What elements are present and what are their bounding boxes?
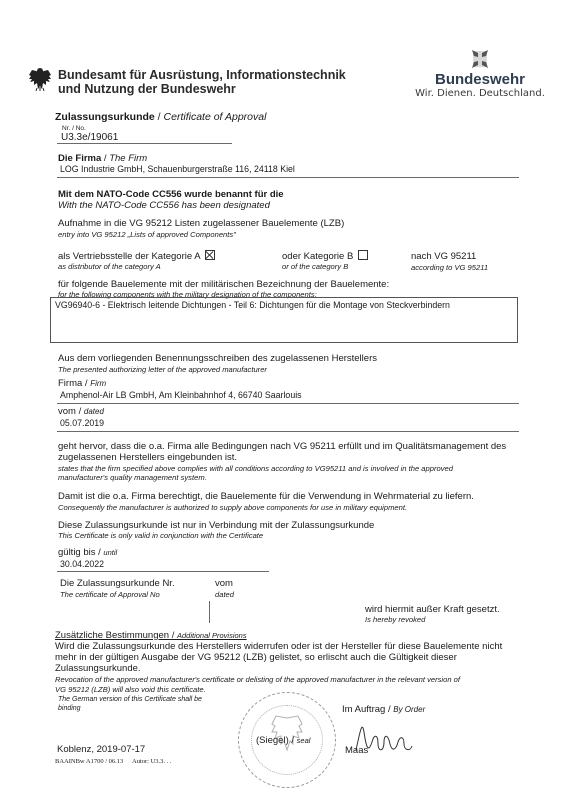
firm-value: LOG Industrie GmbH, Schauenburgerstraße … [60, 164, 295, 175]
binding-note-2: binding [58, 704, 81, 713]
nato-text-en: With the NATO-Code CC556 has been design… [58, 200, 270, 211]
revocation-dated-en: dated [215, 590, 234, 599]
letter-text-en: The presented authorizing letter of the … [58, 365, 267, 374]
federal-eagle-icon [28, 66, 52, 92]
manufacturer-underline [57, 403, 519, 404]
author-code: Autor: U3.3. . . [132, 758, 172, 765]
valid-until-value: 30.04.2022 [60, 559, 104, 570]
provisions-de-1: Wird die Zulassungsurkunde des Herstelle… [55, 641, 502, 652]
category-b-checkbox[interactable] [358, 250, 368, 260]
title-separator: / [155, 111, 164, 123]
revoked-en: Is hereby revoked [365, 615, 425, 624]
validity-note-de: Diese Zulassungsurkunde ist nur in Verbi… [58, 520, 374, 531]
nato-text-de: Mit dem NATO-Code CC556 wurde benannt fü… [58, 189, 284, 200]
certificate-title-de: Zulassungsurkunde [55, 111, 155, 123]
firm-label: Die Firma / The Firm [58, 153, 147, 164]
authority-name-line2: und Nutzung der Bundeswehr [58, 82, 236, 96]
firm-label-en: The Firm [109, 153, 147, 164]
dated-value: 05.07.2019 [60, 418, 104, 429]
revocation-cert-label-de: Die Zulassungsurkunde Nr. [60, 578, 175, 589]
category-b-label: oder Kategorie B [282, 250, 368, 262]
firm-label-de: Die Firma [58, 153, 101, 164]
seal-label: (Siegel) / seal [256, 735, 310, 746]
components-box: VG96940-6 - Elektrisch leitende Dichtung… [50, 297, 518, 343]
firm-underline [57, 177, 519, 178]
authorization-de: Damit ist die o.a. Firma berechtigt, die… [58, 491, 474, 502]
compliance-en-2: manufacturer's quality management system… [58, 473, 207, 482]
provisions-en-1: Revocation of the approved manufacturer'… [55, 675, 460, 684]
letter-text-de: Aus dem vorliegenden Benennungsschreiben… [58, 353, 377, 364]
compliance-en-1: states that the firm specified above com… [58, 464, 453, 473]
revocation-cert-label-en: The certificate of Approval No [60, 590, 160, 599]
revoked-de: wird hiermit außer Kraft gesetzt. [365, 604, 500, 615]
dated-label: vom / dated [58, 406, 104, 417]
iron-cross-icon [470, 48, 490, 70]
manufacturer-value: Amphenol-Air LB GmbH, Am Kleinbahnhof 4,… [60, 390, 302, 401]
components-label-de: für folgende Bauelemente mit der militär… [58, 279, 389, 290]
entry-text-de: Aufnahme in die VG 95212 Listen zugelass… [58, 218, 344, 229]
provisions-de-3: Zulassungsurkunde. [55, 663, 141, 674]
certificate-title-en: Certificate of Approval [164, 111, 267, 123]
category-a-en: as distributor of the category A [58, 262, 161, 271]
dated-underline [57, 431, 519, 432]
number-underline [57, 143, 232, 144]
compliance-de-2: zugelassenen Herstellers eingebunden ist… [58, 452, 237, 463]
brand-slogan: Wir. Dienen. Deutschland. [409, 88, 551, 100]
provisions-heading: Zusätzliche Bestimmungen / Additional Pr… [55, 630, 247, 641]
valid-until-label: gültig bis / until [58, 547, 117, 558]
manufacturer-label: Firma / Firm [58, 378, 106, 389]
authority-name-line1: Bundesamt für Ausrüstung, Informationste… [58, 68, 346, 82]
revocation-dated-de: vom [215, 578, 233, 589]
brand-name: Bundeswehr [430, 72, 530, 88]
valid-until-underline [57, 571, 269, 572]
category-b-en: or of the category B [282, 262, 348, 271]
entry-text-en: entry into VG 95212 „Lists of approved C… [58, 230, 236, 239]
revocation-divider [209, 601, 210, 623]
provisions-de-2: mehr in der gültigen Ausgabe der VG 9521… [55, 652, 457, 663]
signatory-name: Maas [345, 745, 368, 756]
components-value: VG96940-6 - Elektrisch leitende Dichtung… [55, 300, 513, 311]
norm-de: nach VG 95211 [411, 251, 476, 262]
certificate-title: Zulassungsurkunde / Certificate of Appro… [55, 111, 266, 123]
category-a-checkbox[interactable] [205, 250, 215, 260]
compliance-de-1: geht hervor, dass die o.a. Firma alle Be… [58, 441, 506, 452]
form-code: BAAINBw A1700 / 06.13 [55, 758, 123, 765]
provisions-en-2: VG 95212 (LZB) will also void this certi… [55, 685, 206, 694]
authorization-en: Consequently the manufacturer is authori… [58, 503, 407, 512]
binding-note-1: The German version of this Certificate s… [58, 695, 202, 704]
by-order-label: Im Auftrag / By Order [342, 704, 425, 715]
category-a-label: als Vertriebsstelle der Kategorie A [58, 250, 215, 262]
certificate-number: U3.3e/19061 [61, 132, 118, 143]
norm-en: according to VG 95211 [411, 263, 488, 272]
place-date: Koblenz, 2019-07-17 [57, 744, 145, 755]
validity-note-en: This Certificate is only valid in conjun… [58, 531, 263, 540]
